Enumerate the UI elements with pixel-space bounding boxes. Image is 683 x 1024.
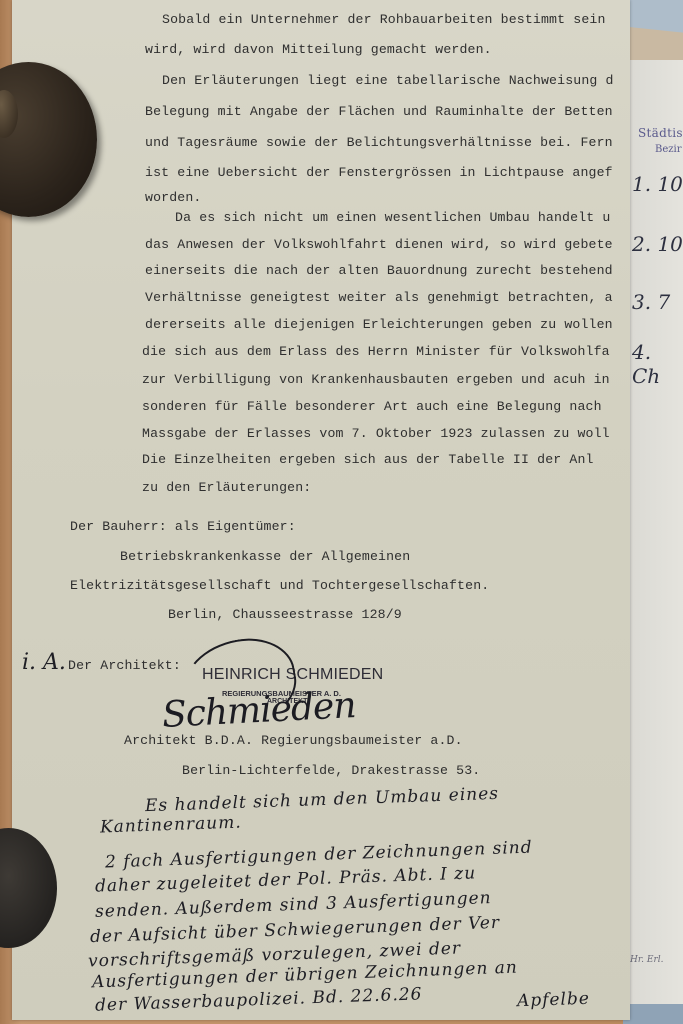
typed-line: worden. (145, 190, 201, 205)
right-sheet-entry-2: 2. 10 (632, 232, 683, 256)
typed-line: Elektrizitätsgesellschaft und Tochterges… (70, 578, 489, 593)
typed-line: Betriebskrankenkasse der Allgemeinen (120, 549, 410, 564)
typed-line: Berlin-Lichterfelde, Drakestrasse 53. (182, 763, 480, 778)
typed-line: wird, wird davon Mitteilung gemacht werd… (145, 42, 492, 57)
typed-line: sonderen für Fälle besonderer Art auch e… (142, 399, 602, 414)
right-sheet-entry-3: 3. 7 (632, 290, 670, 314)
typed-line: Verhältnisse geneigtest weiter als geneh… (145, 290, 613, 305)
typed-line: und Tagesräume sowie der Belichtungsverh… (145, 135, 613, 150)
typed-line: Sobald ein Unternehmer der Rohbauarbeite… (162, 12, 606, 27)
typed-line: Die Einzelheiten ergeben sich aus der Ta… (142, 452, 594, 467)
right-sheet-stamp-subtitle: Bezir (655, 144, 682, 155)
initials-mark: i. A. (22, 650, 66, 675)
typed-line: dererseits alle diejenigen Erleichterung… (145, 317, 613, 332)
right-sheet-entry-1: 1. 10 (632, 172, 683, 196)
document-page: Sobald ein Unternehmer der Rohbauarbeite… (12, 0, 630, 1020)
handwritten-line: Kantinenraum. (100, 813, 242, 838)
handwritten-line: Es handelt sich um den Umbau eines (145, 784, 500, 816)
architect-signature: Schmieden (161, 685, 356, 736)
typed-line: Da es sich nicht um einen wesentlichen U… (175, 210, 610, 225)
typed-line: zu den Erläuterungen: (142, 480, 311, 495)
typed-line: die sich aus dem Erlass des Herrn Minist… (142, 344, 610, 359)
typed-line: Der Architekt: (68, 658, 181, 673)
typed-line: einerseits die nach der alten Bauordnung… (145, 263, 613, 278)
typed-line: Belegung mit Angabe der Flächen und Raum… (145, 104, 613, 119)
typed-line: ist eine Uebersicht der Fenstergrössen i… (145, 165, 613, 180)
right-sheet-entry-4: 4. Ch (632, 340, 683, 388)
handwritten-sign-off: Apfelbe (517, 989, 591, 1012)
right-sheet-footer-mark: Hr. Erl. (630, 955, 664, 965)
typed-line: Den Erläuterungen liegt eine tabellarisc… (162, 73, 614, 88)
typed-line: zur Verbilligung von Krankenhausbauten e… (142, 372, 610, 387)
right-sheet-stamp-title: Städtisc (638, 126, 683, 140)
typed-line: Berlin, Chausseestrasse 128/9 (168, 607, 402, 622)
typed-line: das Anwesen der Volkswohlfahrt dienen wi… (145, 237, 613, 252)
typed-line: Der Bauherr: als Eigentümer: (70, 519, 296, 534)
typed-line: Massgabe der Erlasses vom 7. Oktober 192… (142, 426, 610, 441)
